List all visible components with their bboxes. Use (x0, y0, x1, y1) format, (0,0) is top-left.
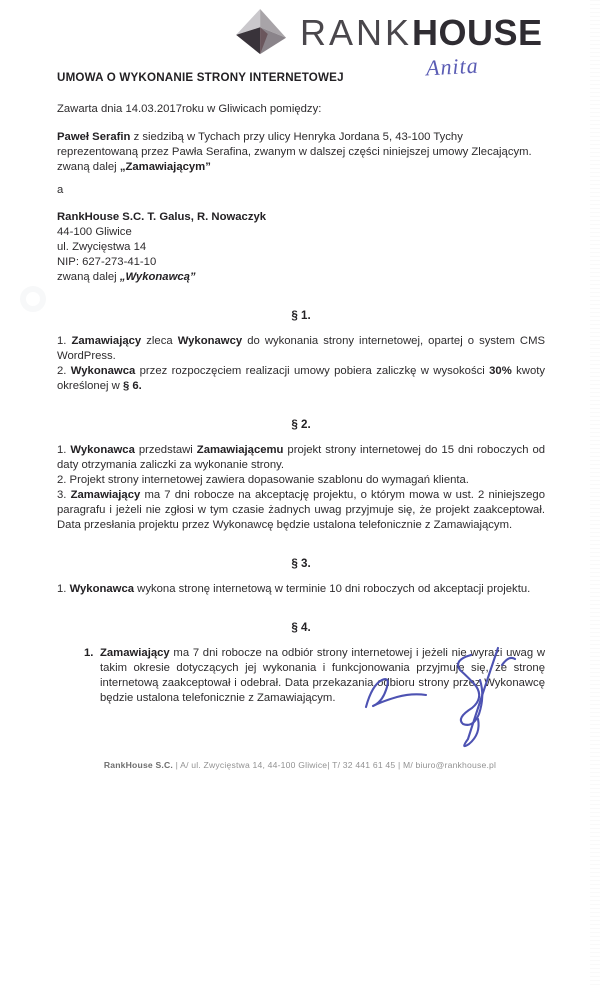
logo-wordmark: RANKHOUSE (300, 15, 543, 51)
handwritten-annotation: Anita (425, 53, 479, 82)
section-1-body: 1. Zamawiający zleca Wykonawcy do wykona… (57, 334, 545, 394)
section-1-heading: § 1. (57, 308, 545, 323)
contractor-postal-city: 44-100 Gliwice (57, 225, 545, 240)
rankhouse-diamond-icon (236, 9, 290, 57)
contract-intro-line: Zawarta dnia 14.03.2017roku w Gliwicach … (57, 102, 545, 117)
section-3-heading: § 3. (57, 556, 545, 571)
logo-word-rank: RANK (300, 15, 412, 51)
party-client-block: Paweł Serafin z siedzibą w Tychach przy … (57, 130, 545, 175)
logo-word-house: HOUSE (412, 15, 543, 51)
contractor-alias: zwaną dalej „Wykonawcą” (57, 270, 545, 285)
section-4-clause-1-marker: 1. (84, 646, 100, 706)
rankhouse-logo: RANKHOUSE (0, 0, 600, 58)
section-4-clause-1: 1. Zamawiający ma 7 dni robocze na odbió… (57, 646, 545, 706)
contractor-nip: NIP: 627-273-41-10 (57, 255, 545, 270)
section-3-clause-1: 1. Wykonawca wykona stronę internetową w… (57, 582, 545, 597)
section-2-clause-2: 2. Projekt strony internetowej zawiera d… (57, 473, 545, 488)
contractor-name: RankHouse S.C. T. Galus, R. Nowaczyk (57, 210, 545, 225)
section-1-clause-1: 1. Zamawiający zleca Wykonawcy do wykona… (57, 334, 545, 364)
stamp-ring-artifact (20, 286, 46, 312)
party-client-alias: zwaną dalej „Zamawiającym” (57, 160, 545, 175)
section-3-body: 1. Wykonawca wykona stronę internetową w… (57, 582, 545, 597)
footer-contact-line: RankHouse S.C. | A/ ul. Zwycięstwa 14, 4… (0, 759, 600, 771)
section-4-heading: § 4. (57, 620, 545, 635)
section-2-clause-3: 3. Zamawiający ma 7 dni robocze na akcep… (57, 488, 545, 533)
party-client-paragraph: Paweł Serafin z siedzibą w Tychach przy … (57, 130, 545, 160)
section-2-clause-1: 1. Wykonawca przedstawi Zamawiającemu pr… (57, 443, 545, 473)
section-4-clause-1-text: Zamawiający ma 7 dni robocze na odbiór s… (100, 646, 545, 706)
scanned-contract-page: { "logo": { "rank": "RANK", "house": "HO… (0, 0, 600, 987)
contract-body: UMOWA O WYKONANIE STRONY INTERNETOWEJ Za… (0, 70, 600, 706)
contractor-street: ul. Zwycięstwa 14 (57, 240, 545, 255)
parties-connector: a (57, 183, 545, 198)
section-2-body: 1. Wykonawca przedstawi Zamawiającemu pr… (57, 443, 545, 533)
section-2-heading: § 2. (57, 417, 545, 432)
party-contractor-block: RankHouse S.C. T. Galus, R. Nowaczyk 44-… (57, 210, 545, 285)
section-1-clause-2: 2. Wykonawca przez rozpoczęciem realizac… (57, 364, 545, 394)
